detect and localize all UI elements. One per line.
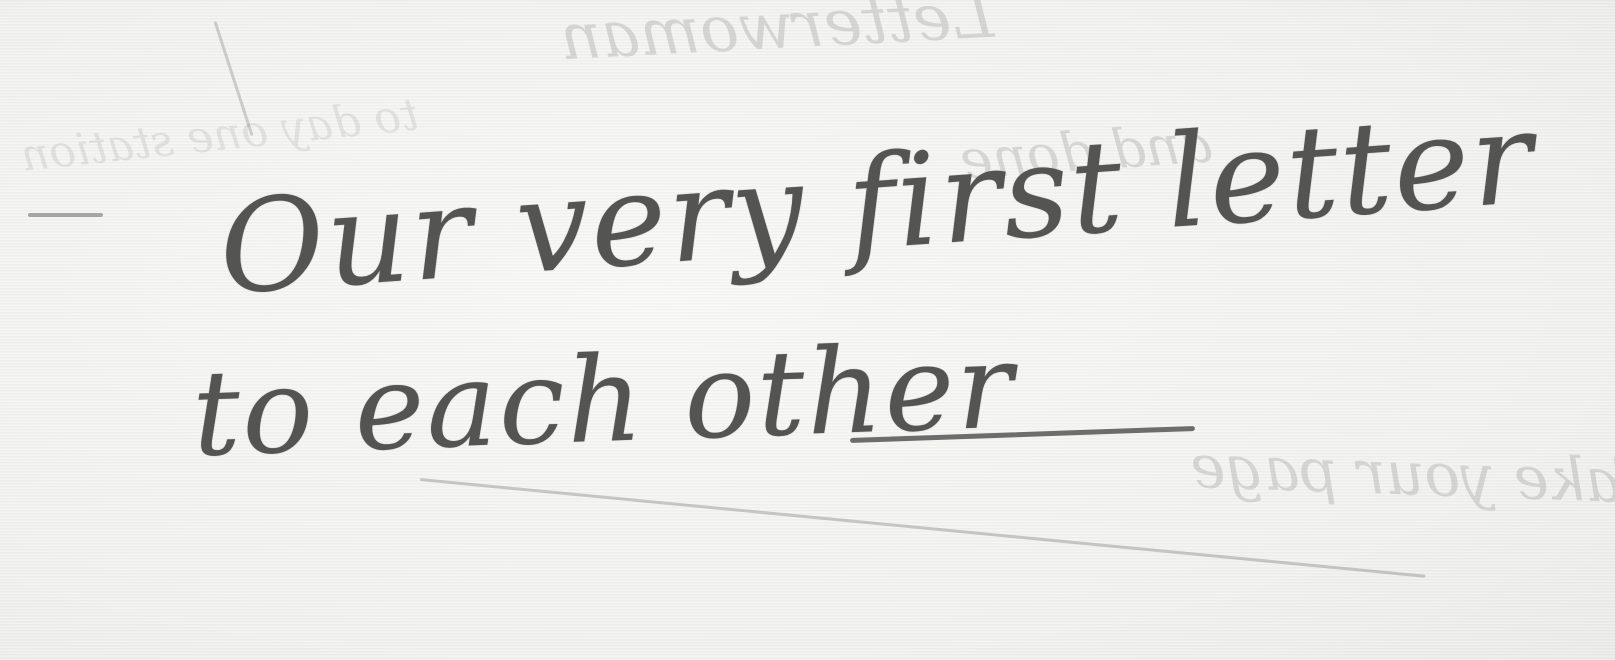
show-through-text: Take your page — [1189, 432, 1615, 518]
scanned-paper: Letterwoman and done Take your page to d… — [0, 0, 1615, 660]
handwritten-line-2: to each other — [190, 316, 1017, 483]
margin-dash-mark — [28, 213, 103, 217]
show-through-text: Letterwoman — [558, 0, 995, 75]
